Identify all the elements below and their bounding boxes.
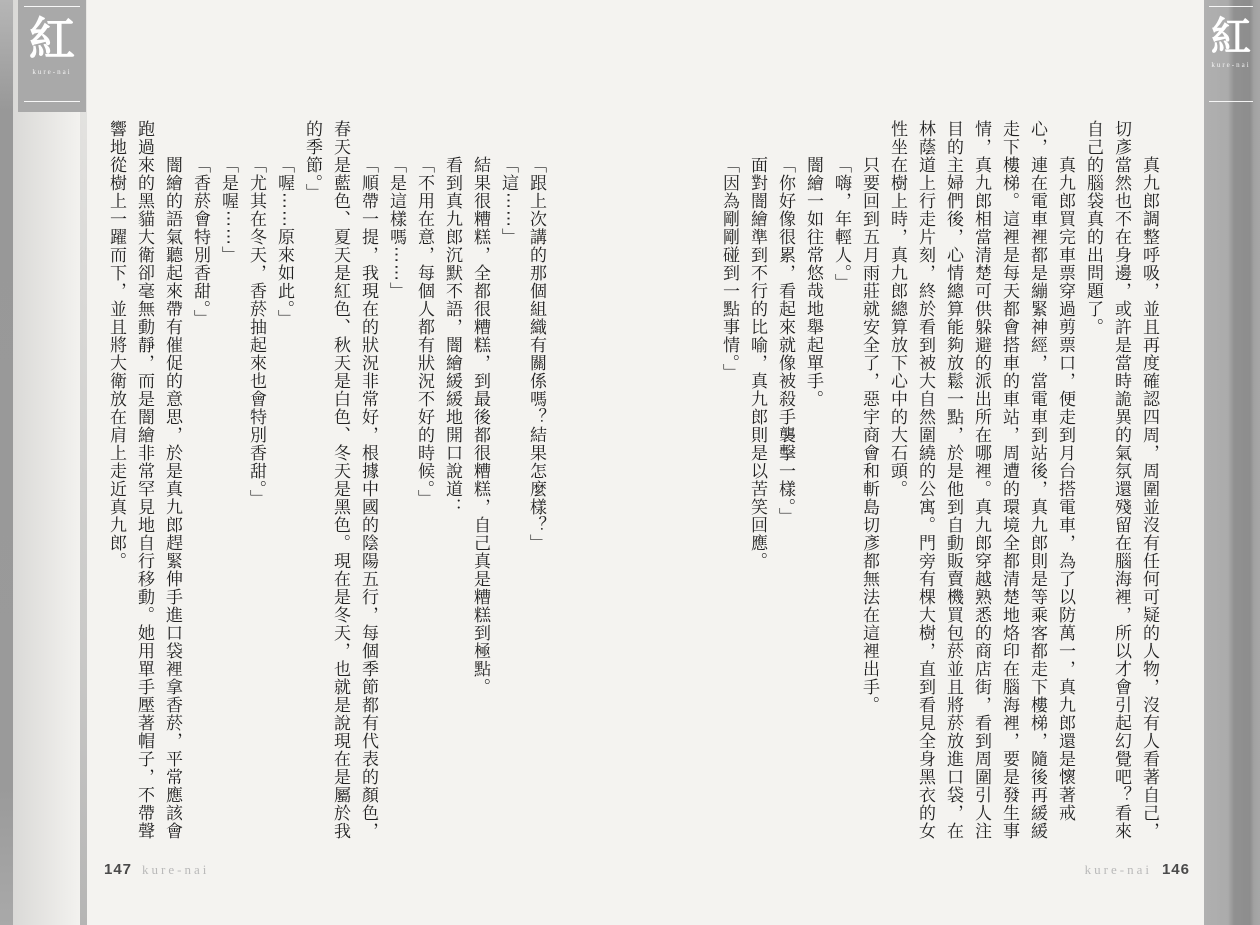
paragraph: 闇繪一如往常悠哉地舉起單手。	[799, 120, 827, 842]
paragraph: 「喔⋯⋯原來如此。」	[270, 120, 298, 842]
paragraph: 「尤其在冬天，香菸抽起來也會特別香甜。」	[242, 120, 270, 842]
footer-label-right: kure-nai	[1085, 862, 1152, 878]
paragraph: 「這⋯⋯」	[494, 120, 522, 842]
paragraph: 「因為剛剛碰到一點事情。」	[715, 120, 743, 842]
paragraph: 看到真九郎沉默不語，闇繪緩緩地開口說道：	[438, 120, 466, 842]
logo-rule-bottom	[24, 101, 80, 102]
page-edge-right	[1204, 0, 1260, 925]
paragraph: 真九郎買完車票穿過剪票口，便走到月台搭電車，為了以防萬一，真九郎還是懷著戒心，連…	[883, 120, 1079, 842]
footer-label-left: kure-nai	[142, 862, 209, 878]
paragraph: 「嗨，年輕人。」	[827, 120, 855, 842]
left-page-body-text: 「跟上次講的那個組織有關係嗎？結果怎麼樣？」「這⋯⋯」結果很糟糕，全都很糟糕，到…	[102, 120, 550, 842]
kurenai-logo-right: 紅 kure-nai	[1204, 0, 1258, 112]
paragraph: 「是這樣嗎⋯⋯」	[382, 120, 410, 842]
right-page-body-text: 真九郎調整呼吸，並且再度確認四周，周圍並沒有任何可疑的人物，沒有人看著自己，切彥…	[715, 120, 1163, 842]
kurenai-kanji: 紅	[1211, 15, 1251, 59]
paragraph: 「不用在意，每個人都有狀況不好的時候。」	[410, 120, 438, 842]
paragraph: 「跟上次講的那個組織有關係嗎？結果怎麼樣？」	[522, 120, 550, 842]
kurenai-romaji: kure-nai	[1211, 61, 1250, 69]
paragraph: 真九郎調整呼吸，並且再度確認四周，周圍並沒有任何可疑的人物，沒有人看著自己，切彥…	[1079, 120, 1163, 842]
logo-rule-bottom	[1209, 101, 1253, 102]
paragraph: 闇繪的語氣聽起來帶有催促的意思，於是真九郎趕緊伸手進口袋裡拿香菸，平常應該會跑過…	[102, 120, 186, 842]
logo-rule-top	[24, 6, 80, 7]
footer-right: kure-nai 146	[1085, 861, 1190, 883]
paragraph: 面對闇繪準到不行的比喻，真九郎則是以苦笑回應。	[743, 120, 771, 842]
page-number-left: 147	[104, 861, 132, 878]
paragraph: 結果很糟糕，全都很糟糕，到最後都很糟糕，自己真是糟糕到極點。	[466, 120, 494, 842]
page-edge-left	[0, 0, 13, 925]
paragraph: 「是喔⋯⋯」	[214, 120, 242, 842]
page-edge-left-fade	[13, 0, 83, 925]
paragraph: 「香菸會特別香甜。」	[186, 120, 214, 842]
book-spread: 紅 kure-nai 紅 kure-nai 真九郎調整呼吸，並且再度確認四周，周…	[0, 0, 1260, 925]
kurenai-logo-left: 紅 kure-nai	[18, 0, 86, 112]
paragraph: 只要回到五月雨莊就安全了，惡宇商會和斬島切彥都無法在這裡出手。	[855, 120, 883, 842]
kurenai-romaji: kure-nai	[32, 68, 71, 76]
page-number-right: 146	[1162, 861, 1190, 878]
footer-left: 147 kure-nai	[104, 861, 209, 883]
paragraph: 「順帶一提，我現在的狀況非常好，根據中國的陰陽五行，每個季節都有代表的顏色，春天…	[298, 120, 382, 842]
paragraph: 「你好像很累，看起來就像被殺手襲擊一樣。」	[771, 120, 799, 842]
logo-rule-top	[1209, 6, 1253, 7]
kurenai-kanji: 紅	[29, 15, 75, 66]
